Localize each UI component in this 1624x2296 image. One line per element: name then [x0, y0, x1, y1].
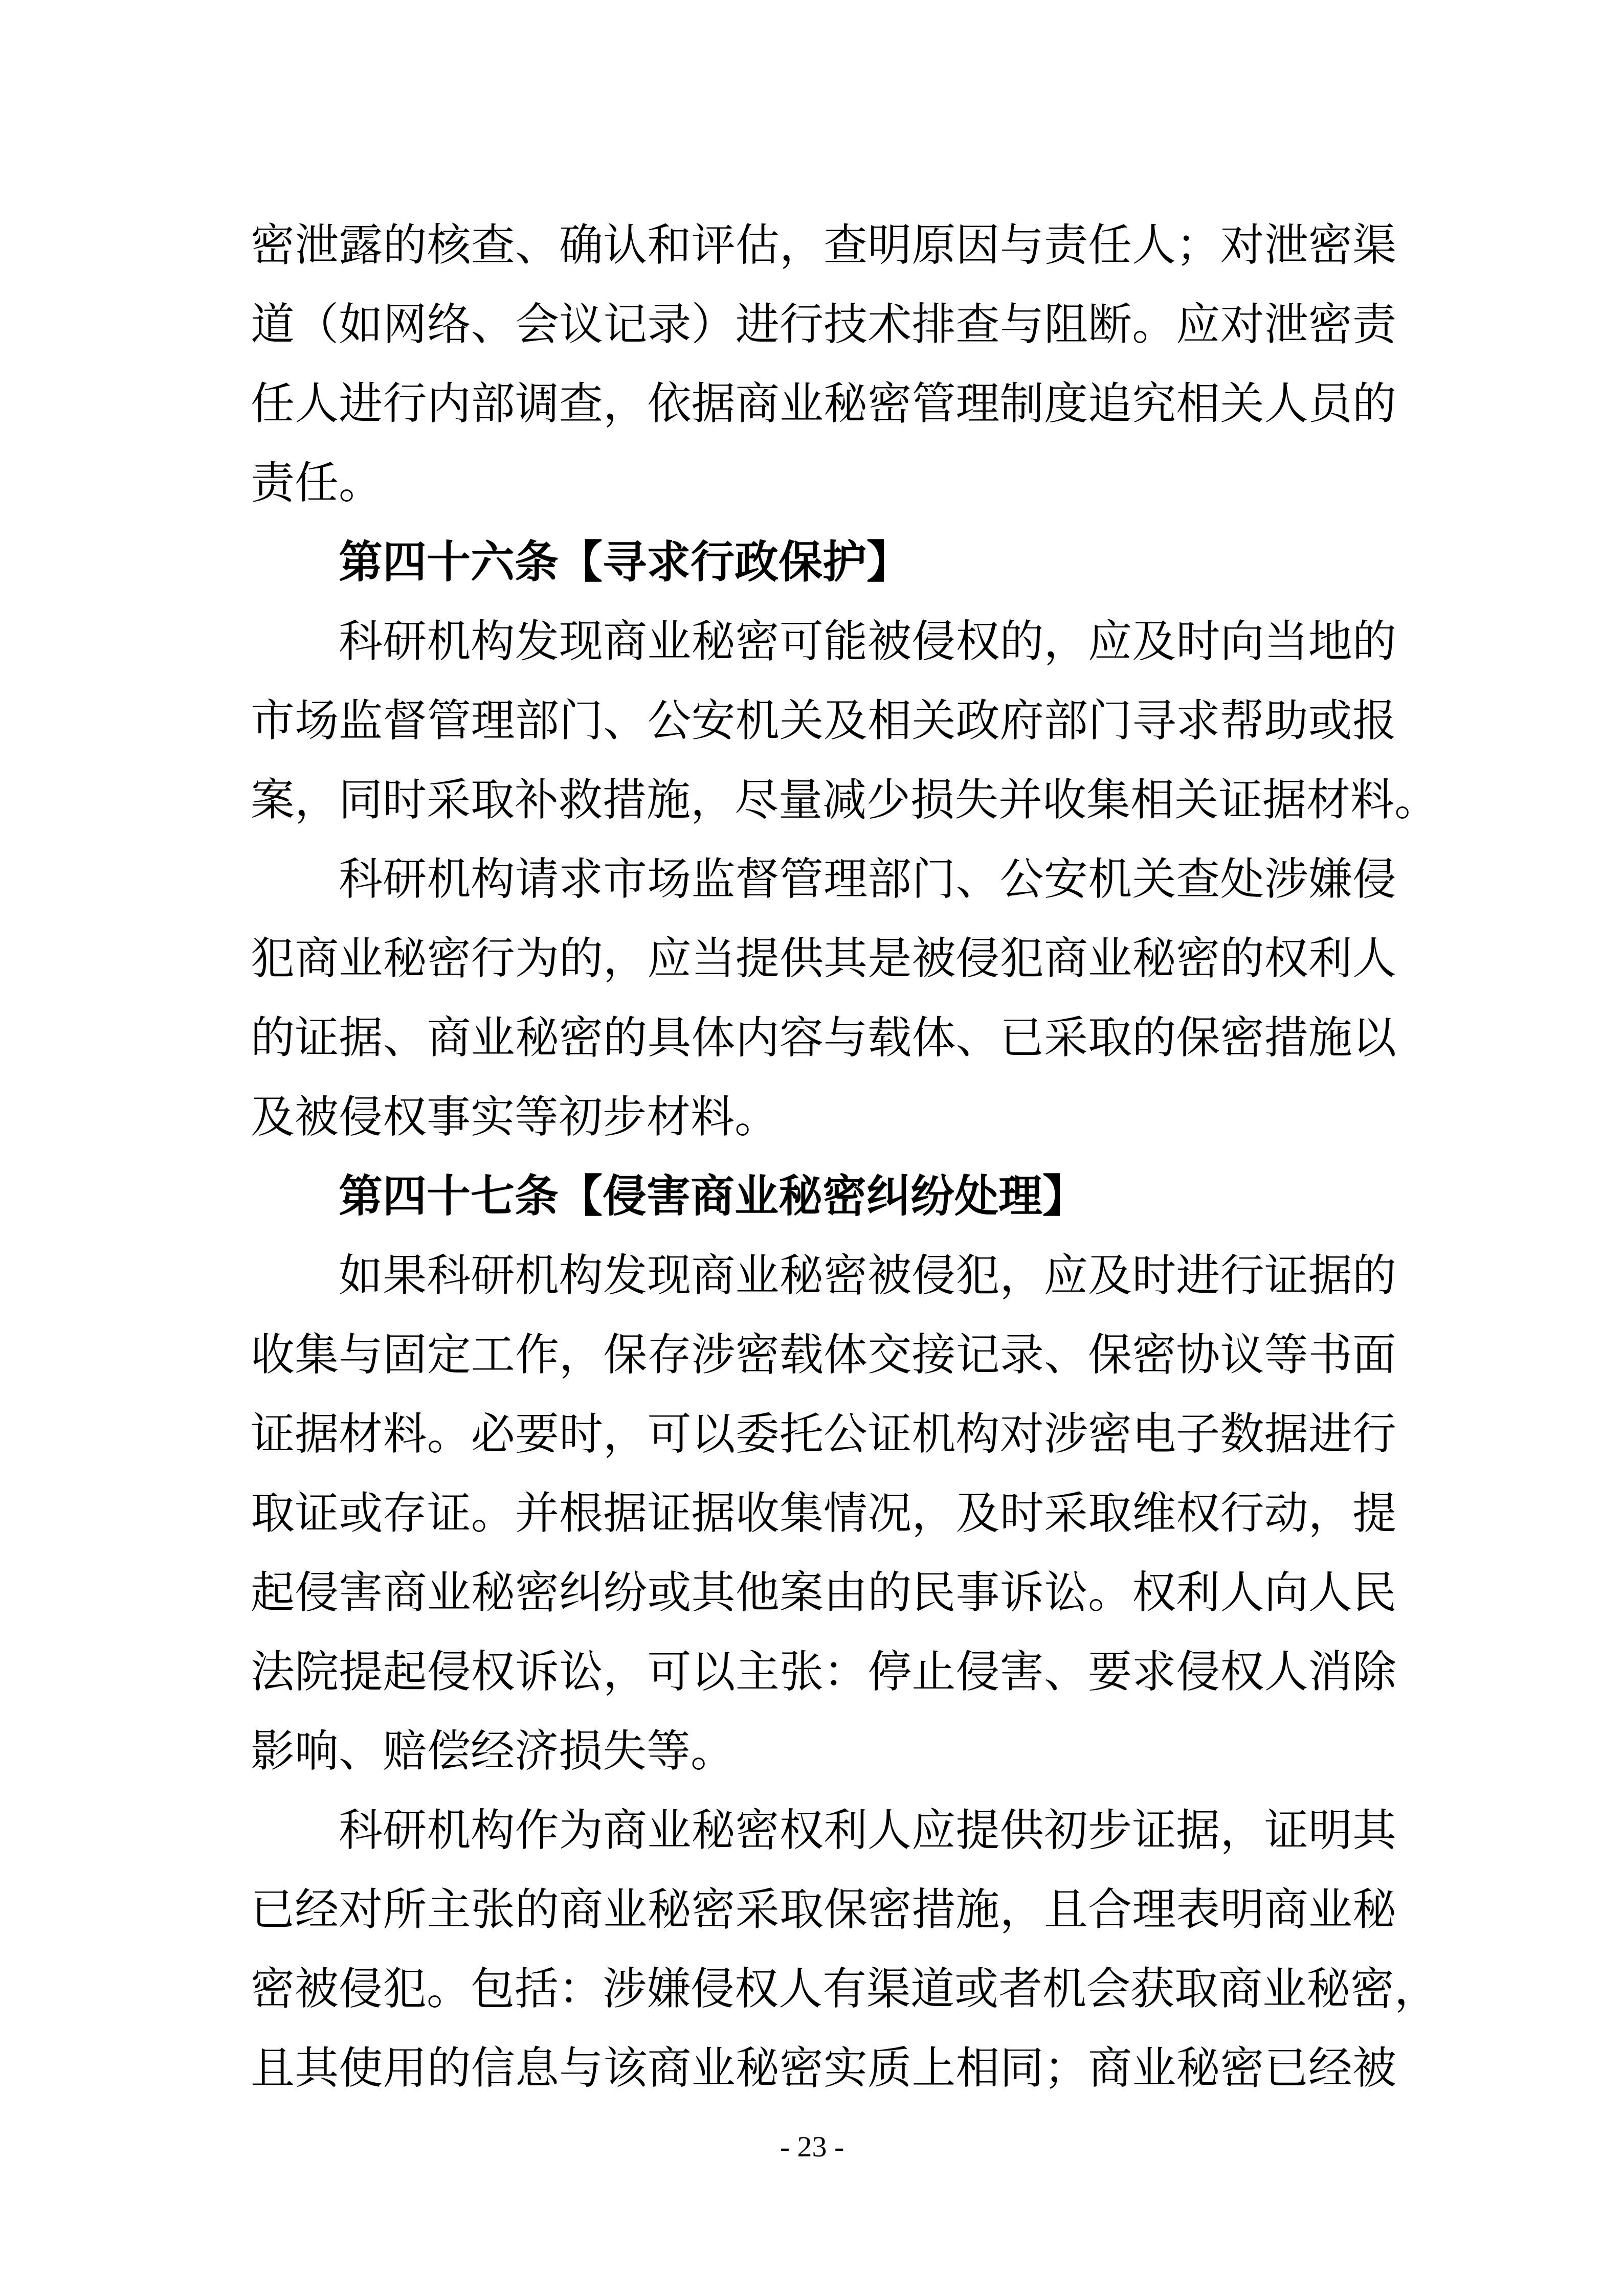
text-line: 且其使用的信息与该商业秘密实质上相同；商业秘密已经被	[251, 2029, 1396, 2108]
text-line: 密被侵犯。包括：涉嫌侵权人有渠道或者机会获取商业秘密，	[251, 1950, 1396, 2029]
article-heading-line: 第四十六条【寻求行政保护】	[251, 523, 1396, 602]
text-line: 已经对所主张的商业秘密采取保密措施，且合理表明商业秘	[251, 1871, 1396, 1950]
text-line: 影响、赔偿经济损失等。	[251, 1712, 1396, 1791]
text-line: 科研机构请求市场监督管理部门、公安机关查处涉嫌侵	[251, 840, 1396, 919]
text-line: 证据材料。必要时，可以委托公证机构对涉密电子数据进行	[251, 1395, 1396, 1474]
text-line: 责任。	[251, 444, 1396, 523]
paragraph: 科研机构作为商业秘密权利人应提供初步证据，证明其 已经对所主张的商业秘密采取保密…	[251, 1791, 1396, 2108]
text-line: 取证或存证。并根据证据收集情况，及时采取维权行动，提	[251, 1474, 1396, 1554]
text-line: 科研机构作为商业秘密权利人应提供初步证据，证明其	[251, 1791, 1396, 1871]
text-line: 密泄露的核查、确认和评估，查明原因与责任人；对泄密渠	[251, 206, 1396, 285]
text-line: 起侵害商业秘密纠纷或其他案由的民事诉讼。权利人向人民	[251, 1554, 1396, 1633]
text-line: 及被侵权事实等初步材料。	[251, 1078, 1396, 1157]
text-line: 的证据、商业秘密的具体内容与载体、已采取的保密措施以	[251, 999, 1396, 1078]
text-block: 密泄露的核查、确认和评估，查明原因与责任人；对泄密渠 道（如网络、会议记录）进行…	[251, 206, 1396, 2108]
page-number: - 23 -	[0, 2129, 1624, 2165]
text-line: 犯商业秘密行为的，应当提供其是被侵犯商业秘密的权利人	[251, 919, 1396, 999]
paragraph: 科研机构发现商业秘密可能被侵权的，应及时向当地的 市场监督管理部门、公安机关及相…	[251, 602, 1396, 840]
text-line: 收集与固定工作，保存涉密载体交接记录、保密协议等书面	[251, 1316, 1396, 1395]
text-line: 法院提起侵权诉讼，可以主张：停止侵害、要求侵权人消除	[251, 1633, 1396, 1712]
paragraph: 科研机构请求市场监督管理部门、公安机关查处涉嫌侵 犯商业秘密行为的，应当提供其是…	[251, 840, 1396, 1157]
text-line: 案，同时采取补救措施，尽量减少损失并收集相关证据材料。	[251, 761, 1396, 840]
article-heading-line: 第四十七条【侵害商业秘密纠纷处理】	[251, 1157, 1396, 1236]
document-page: { "page": { "number_label": "- 23 -", "b…	[0, 0, 1624, 2296]
text-line: 市场监督管理部门、公安机关及相关政府部门寻求帮助或报	[251, 682, 1396, 761]
text-line: 如果科研机构发现商业秘密被侵犯，应及时进行证据的	[251, 1236, 1396, 1316]
text-line: 科研机构发现商业秘密可能被侵权的，应及时向当地的	[251, 602, 1396, 682]
paragraph-continuation: 密泄露的核查、确认和评估，查明原因与责任人；对泄密渠 道（如网络、会议记录）进行…	[251, 206, 1396, 523]
text-line: 任人进行内部调查，依据商业秘密管理制度追究相关人员的	[251, 365, 1396, 444]
paragraph: 如果科研机构发现商业秘密被侵犯，应及时进行证据的 收集与固定工作，保存涉密载体交…	[251, 1236, 1396, 1791]
article-heading-46: 第四十六条【寻求行政保护】	[251, 523, 1396, 602]
text-line: 道（如网络、会议记录）进行技术排查与阻断。应对泄密责	[251, 285, 1396, 365]
article-heading-47: 第四十七条【侵害商业秘密纠纷处理】	[251, 1157, 1396, 1236]
